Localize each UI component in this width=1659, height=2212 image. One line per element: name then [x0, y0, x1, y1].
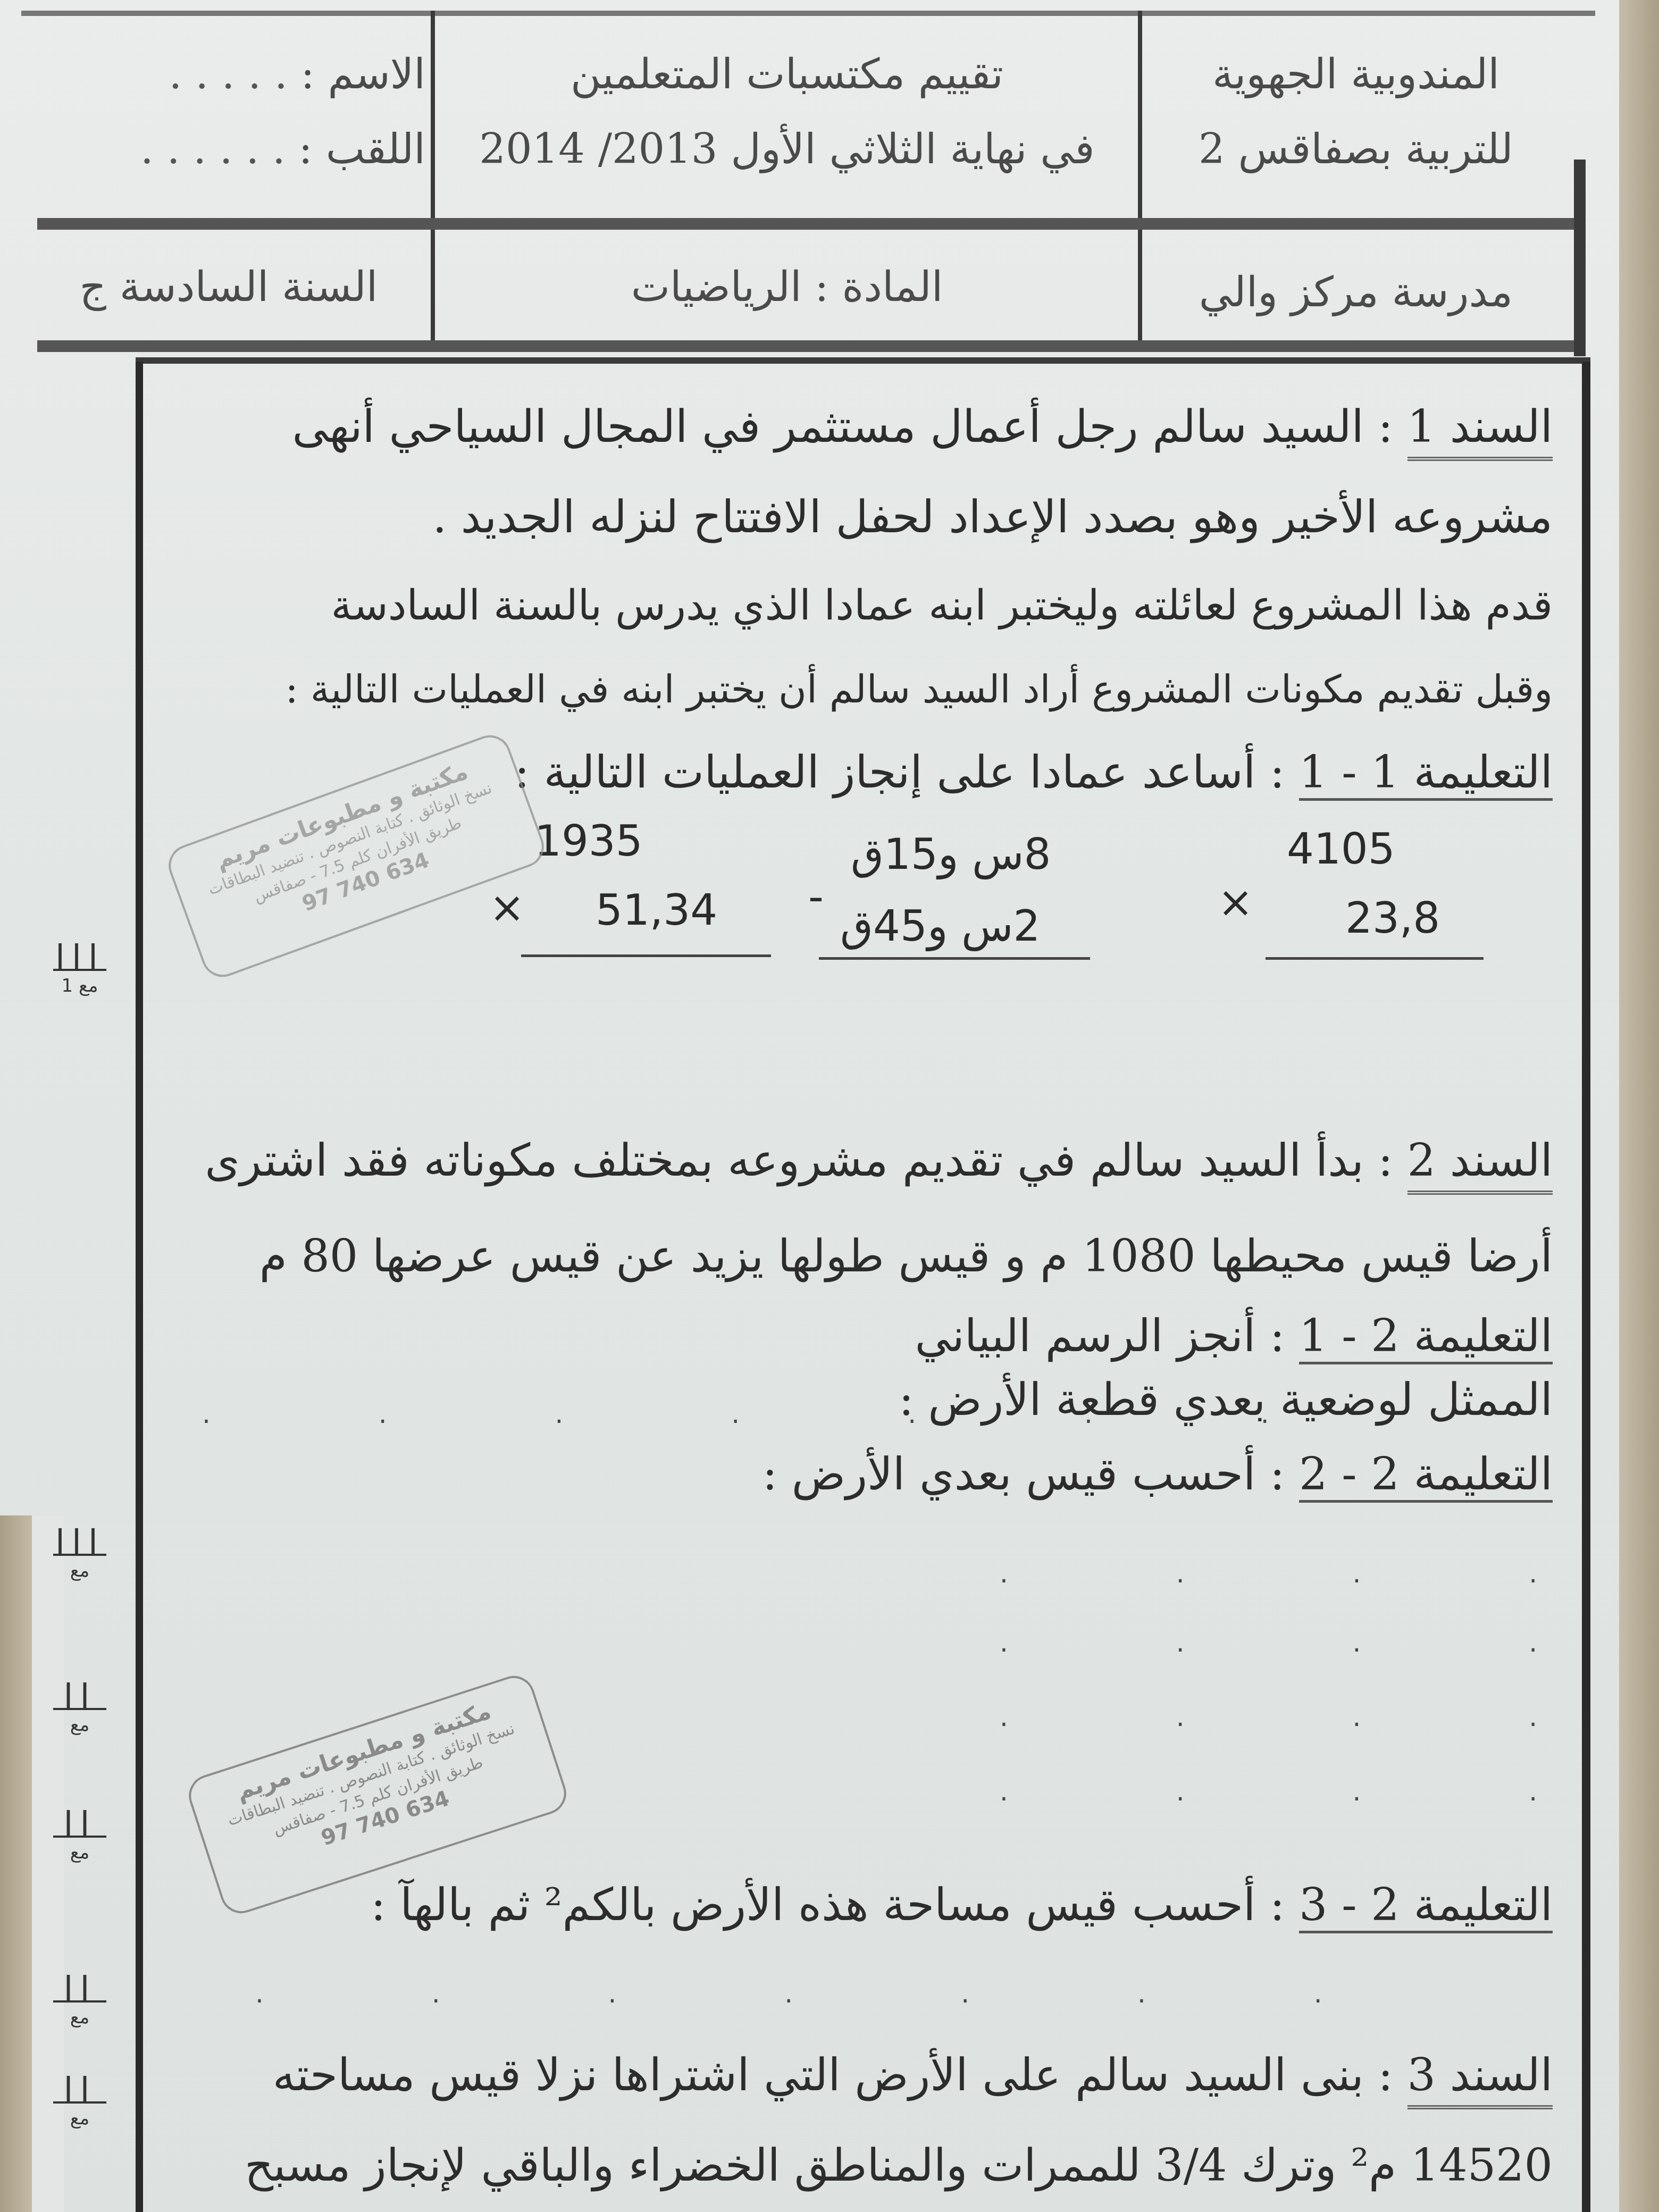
instruction-2-1: التعليمة 2 - 1 : أنجز الرسم البياني: [915, 1313, 1553, 1358]
instruction-2-3-text: : أحسب قيس مساحة هذه الأرض بالكم² ثم بال…: [371, 1879, 1285, 1931]
surname-label: اللقب :: [299, 125, 425, 173]
header-top-border: [21, 11, 1595, 16]
instruction-2-3-label: التعليمة 2 - 3: [1299, 1879, 1553, 1933]
header-subject: المادة : الرياضيات: [441, 261, 1133, 314]
instruction-1-1-label: التعليمة 1 - 1: [1299, 746, 1553, 801]
score-mark-1: ||| مع 1: [53, 941, 106, 996]
instruction-1-1-text: : أساعد عمادا على إنجاز العمليات التالية…: [515, 746, 1285, 798]
directorate-line1: المندوبية الجهوية: [1149, 48, 1563, 102]
operation-2-operator: -: [808, 872, 824, 921]
header-grade: السنة السادسة ج: [32, 261, 425, 314]
exercise-2-text-1: : بدأ السيد سالم في تقديم مشروعه بمختلف …: [205, 1134, 1393, 1186]
exercise-1: السند 1 : السيد سالم رجل أعمال مستثمر في…: [149, 388, 1553, 814]
answer-line-2-1[interactable]: . . . . . . .: [202, 1398, 1349, 1429]
exercise-1-label: السند 1: [1407, 400, 1553, 461]
score-bars: |||: [53, 1526, 106, 1556]
surname-dots: . . . . . .: [140, 125, 286, 173]
criterion-label: مع: [53, 2108, 106, 2129]
answer-line-2-3[interactable]: . . . . . . .: [255, 1978, 1402, 2009]
exercise-1-line-2: مشروعه الأخير وهو بصدد الإعداد لحفل الاف…: [432, 495, 1553, 539]
operation-2-bottom: 2س و45ق: [840, 901, 1041, 951]
score-mark-5: || مع: [53, 1973, 106, 2028]
header-exam-title: تقييم مكتسبات المتعلمين في نهاية الثلاثي…: [441, 48, 1133, 177]
header-student-info: الاسم : . . . . . اللقب : . . . . . .: [32, 48, 425, 177]
operation-1-top: 1935: [534, 816, 643, 866]
operation-2-top: 8س و15ق: [851, 829, 1051, 879]
instruction-2-2: التعليمة 2 - 2 : أحسب قيس بعدي الأرض :: [763, 1452, 1553, 1496]
student-surname-field[interactable]: اللقب : . . . . . .: [32, 123, 425, 177]
exercise-2-line-1: السند 2 : بدأ السيد سالم في تقديم مشروعه…: [205, 1138, 1553, 1183]
instruction-2-3: التعليمة 2 - 3 : أحسب قيس مساحة هذه الأر…: [371, 1882, 1553, 1927]
name-label: الاسم :: [301, 51, 426, 98]
exam-title-line1: تقييم مكتسبات المتعلمين: [441, 48, 1133, 102]
subject-name: المادة : الرياضيات: [441, 261, 1133, 314]
exercise-3-line-2: 14520 م² وترك 3/4 للممرات والمناطق الخضر…: [245, 2143, 1553, 2188]
exercise-1-line-4: وقبل تقديم مكونات المشروع أراد السيد سال…: [286, 670, 1553, 708]
operation-3-operator: ×: [1218, 877, 1253, 927]
instruction-1-1: التعليمة 1 - 1 : أساعد عمادا على إنجاز ا…: [515, 750, 1553, 794]
instruction-2-3-block: التعليمة 2 - 3 : أحسب قيس مساحة هذه الأر…: [149, 1866, 1553, 1973]
exercise-3-line-1: السند 3 : بنى السيد سالم على الأرض التي …: [273, 2052, 1553, 2097]
score-mark-4: || مع: [53, 1808, 106, 1863]
instruction-2-2-label: التعليمة 2 - 2: [1299, 1448, 1553, 1503]
header-divider-1: [431, 11, 435, 351]
answer-line-2-2-b[interactable]: . . . . . . .: [1000, 1627, 1659, 1658]
operation-1-rule: [521, 954, 771, 957]
exercise-1-text-1: : السيد سالم رجل أعمال مستثمر في المجال …: [292, 400, 1393, 453]
directorate-line2: للتربية بصفاقس 2: [1149, 123, 1563, 177]
content-frame-left: [136, 362, 143, 2212]
exercise-2-line-2: أرضا قيس محيطها 1080 م و قيس طولها يزيد …: [259, 1234, 1553, 1278]
header-right-border: [1574, 160, 1586, 356]
student-name-field[interactable]: الاسم : . . . . .: [32, 48, 425, 102]
answer-line-2-2-a[interactable]: . . . . . . .: [1000, 1558, 1659, 1589]
header-row-divider: [37, 218, 1585, 230]
exercise-3-label: السند 3: [1407, 2049, 1553, 2109]
instruction-2-1-text: : أنجز الرسم البياني: [915, 1310, 1285, 1362]
exercise-2: السند 2 : بدأ السيد سالم في تقديم مشروعه…: [149, 1122, 1553, 1547]
background-surface-left: [0, 1515, 32, 2212]
header-school: مدرسة مركز والي: [1149, 266, 1563, 320]
operation-1-bottom: 51,34: [596, 885, 717, 935]
score-mark-3: || مع: [53, 1680, 106, 1736]
operation-1-operator: ×: [489, 883, 525, 932]
header-divider-2: [1138, 11, 1142, 351]
instruction-2-1-label: التعليمة 2 - 1: [1299, 1310, 1553, 1364]
answer-line-2-2-c[interactable]: . . . . . . .: [1000, 1702, 1659, 1732]
operation-1-answer-area[interactable]: [521, 962, 771, 1069]
header-directorate: المندوبية الجهوية للتربية بصفاقس 2: [1149, 48, 1563, 177]
exercise-2-label: السند 2: [1407, 1134, 1553, 1195]
operation-3-top: 4105: [1287, 824, 1395, 874]
instruction-2-2-text: : أحسب قيس بعدي الأرض :: [763, 1448, 1285, 1500]
name-dots: . . . . .: [169, 51, 288, 98]
content-frame-right: [1582, 362, 1590, 2212]
operation-3-rule: [1266, 957, 1484, 960]
exercise-3: السند 3 : بنى السيد سالم على الأرض التي …: [149, 2031, 1553, 2212]
score-mark-6: || مع: [53, 2074, 106, 2129]
header-bottom-border: [37, 340, 1585, 352]
score-bars: |||: [53, 941, 106, 971]
operation-2-rule: [819, 957, 1090, 960]
criterion-label: مع: [53, 1560, 106, 1581]
score-bars: ||: [53, 2074, 106, 2104]
exercise-1-line-1: السند 1 : السيد سالم رجل أعمال مستثمر في…: [292, 404, 1553, 449]
exercise-3-text-1: : بنى السيد سالم على الأرض التي اشتراها …: [273, 2049, 1393, 2101]
exercise-1-line-3: قدم هذا المشروع لعائلته وليختبر ابنه عما…: [331, 585, 1553, 626]
operation-3-answer-area[interactable]: [1266, 965, 1484, 1071]
criterion-label: مع: [53, 2007, 106, 2028]
score-bars: ||: [53, 1680, 106, 1710]
answer-line-2-2-d[interactable]: . . . . . . .: [1000, 1776, 1659, 1807]
exam-title-line2: في نهاية الثلاثي الأول 2013/ 2014: [441, 123, 1133, 177]
content-frame-top: [136, 357, 1590, 364]
school-name: مدرسة مركز والي: [1149, 266, 1563, 320]
score-mark-2: ||| مع: [53, 1526, 106, 1581]
criterion-label: مع 1: [53, 975, 106, 996]
score-bars: ||: [53, 1808, 106, 1838]
criterion-label: مع: [53, 1842, 106, 1863]
criterion-label: مع: [53, 1714, 106, 1736]
operation-2-answer-area[interactable]: [819, 965, 1090, 1071]
background-surface: [1616, 0, 1659, 2212]
grade-level: السنة السادسة ج: [32, 261, 425, 314]
score-bars: ||: [53, 1973, 106, 2002]
operation-3-bottom: 23,8: [1345, 893, 1440, 943]
